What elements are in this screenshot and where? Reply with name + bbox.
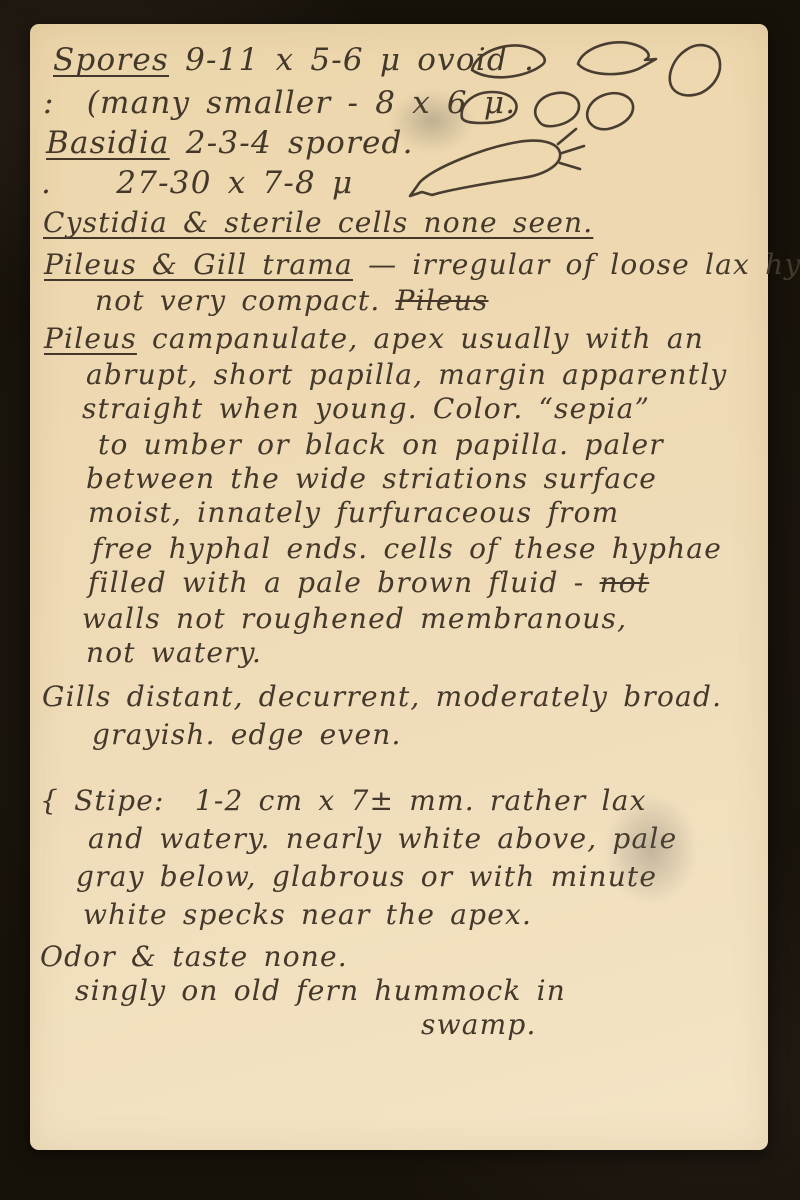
line-stipe-3: gray below, glabrous or with minute <box>76 862 657 893</box>
line-pileus-4: to umber or black on papilla. paler <box>98 430 664 461</box>
line-pileus-3: straight when young. Color. “sepia” <box>82 394 650 425</box>
line-pileus-9: walls not roughened membranous, <box>82 604 627 635</box>
graphite-smudge <box>390 90 474 152</box>
spore-outline-large-2 <box>578 42 656 74</box>
line-habitat-2: swamp. <box>421 1010 537 1041</box>
line-pileus-10: not watery. <box>86 638 262 669</box>
line-trama-2: not very compact. Pileus <box>95 286 489 317</box>
line-stipe: { Stipe: 1-2 cm x 7± mm. rather lax <box>40 786 647 817</box>
line-stipe-2: and watery. nearly white above, pale <box>88 824 677 855</box>
basidium-sterigma-2 <box>562 146 584 153</box>
basidium-sterigma-3 <box>560 163 580 169</box>
spore-outline-small-3 <box>587 93 633 129</box>
line-gills-2: grayish. edge even. <box>92 720 402 751</box>
index-card: Spores 9-11 x 5-6 μ ovoid . : (many smal… <box>30 24 768 1150</box>
spore-outline-small-2 <box>535 93 579 127</box>
line-pileus-2: abrupt, short papilla, margin apparently <box>86 360 727 391</box>
scan-background: Spores 9-11 x 5-6 μ ovoid . : (many smal… <box>0 0 800 1200</box>
graphite-smudge <box>605 794 697 904</box>
line-cystidia: Cystidia & sterile cells none seen. <box>43 208 593 239</box>
line-habitat: singly on old fern hummock in <box>75 976 566 1007</box>
line-pileus-6: moist, innately furfuraceous from <box>88 498 619 529</box>
line-spores: Spores 9-11 x 5-6 μ ovoid . <box>53 43 535 77</box>
line-pileus-7: free hyphal ends. cells of these hyphae <box>92 534 722 565</box>
line-stipe-4: white specks near the apex. <box>83 900 532 931</box>
line-gills: Gills distant, decurrent, moderately bro… <box>42 682 722 713</box>
line-basidia: Basidia 2-3-4 spored. <box>46 126 414 160</box>
basidium-sterigma-1 <box>558 129 576 144</box>
line-basidia-size: . 27-30 x 7-8 μ <box>41 166 353 200</box>
spore-outline-teardrop <box>670 45 720 95</box>
line-pileus: Pileus campanulate, apex usually with an <box>44 324 704 355</box>
line-pileus-8: filled with a pale brown fluid - not <box>88 568 649 599</box>
line-odor-taste: Odor & taste none. <box>40 942 348 973</box>
line-pileus-5: between the wide striations surface <box>86 464 657 495</box>
line-trama: Pileus & Gill trama — irregular of loose… <box>44 250 800 281</box>
